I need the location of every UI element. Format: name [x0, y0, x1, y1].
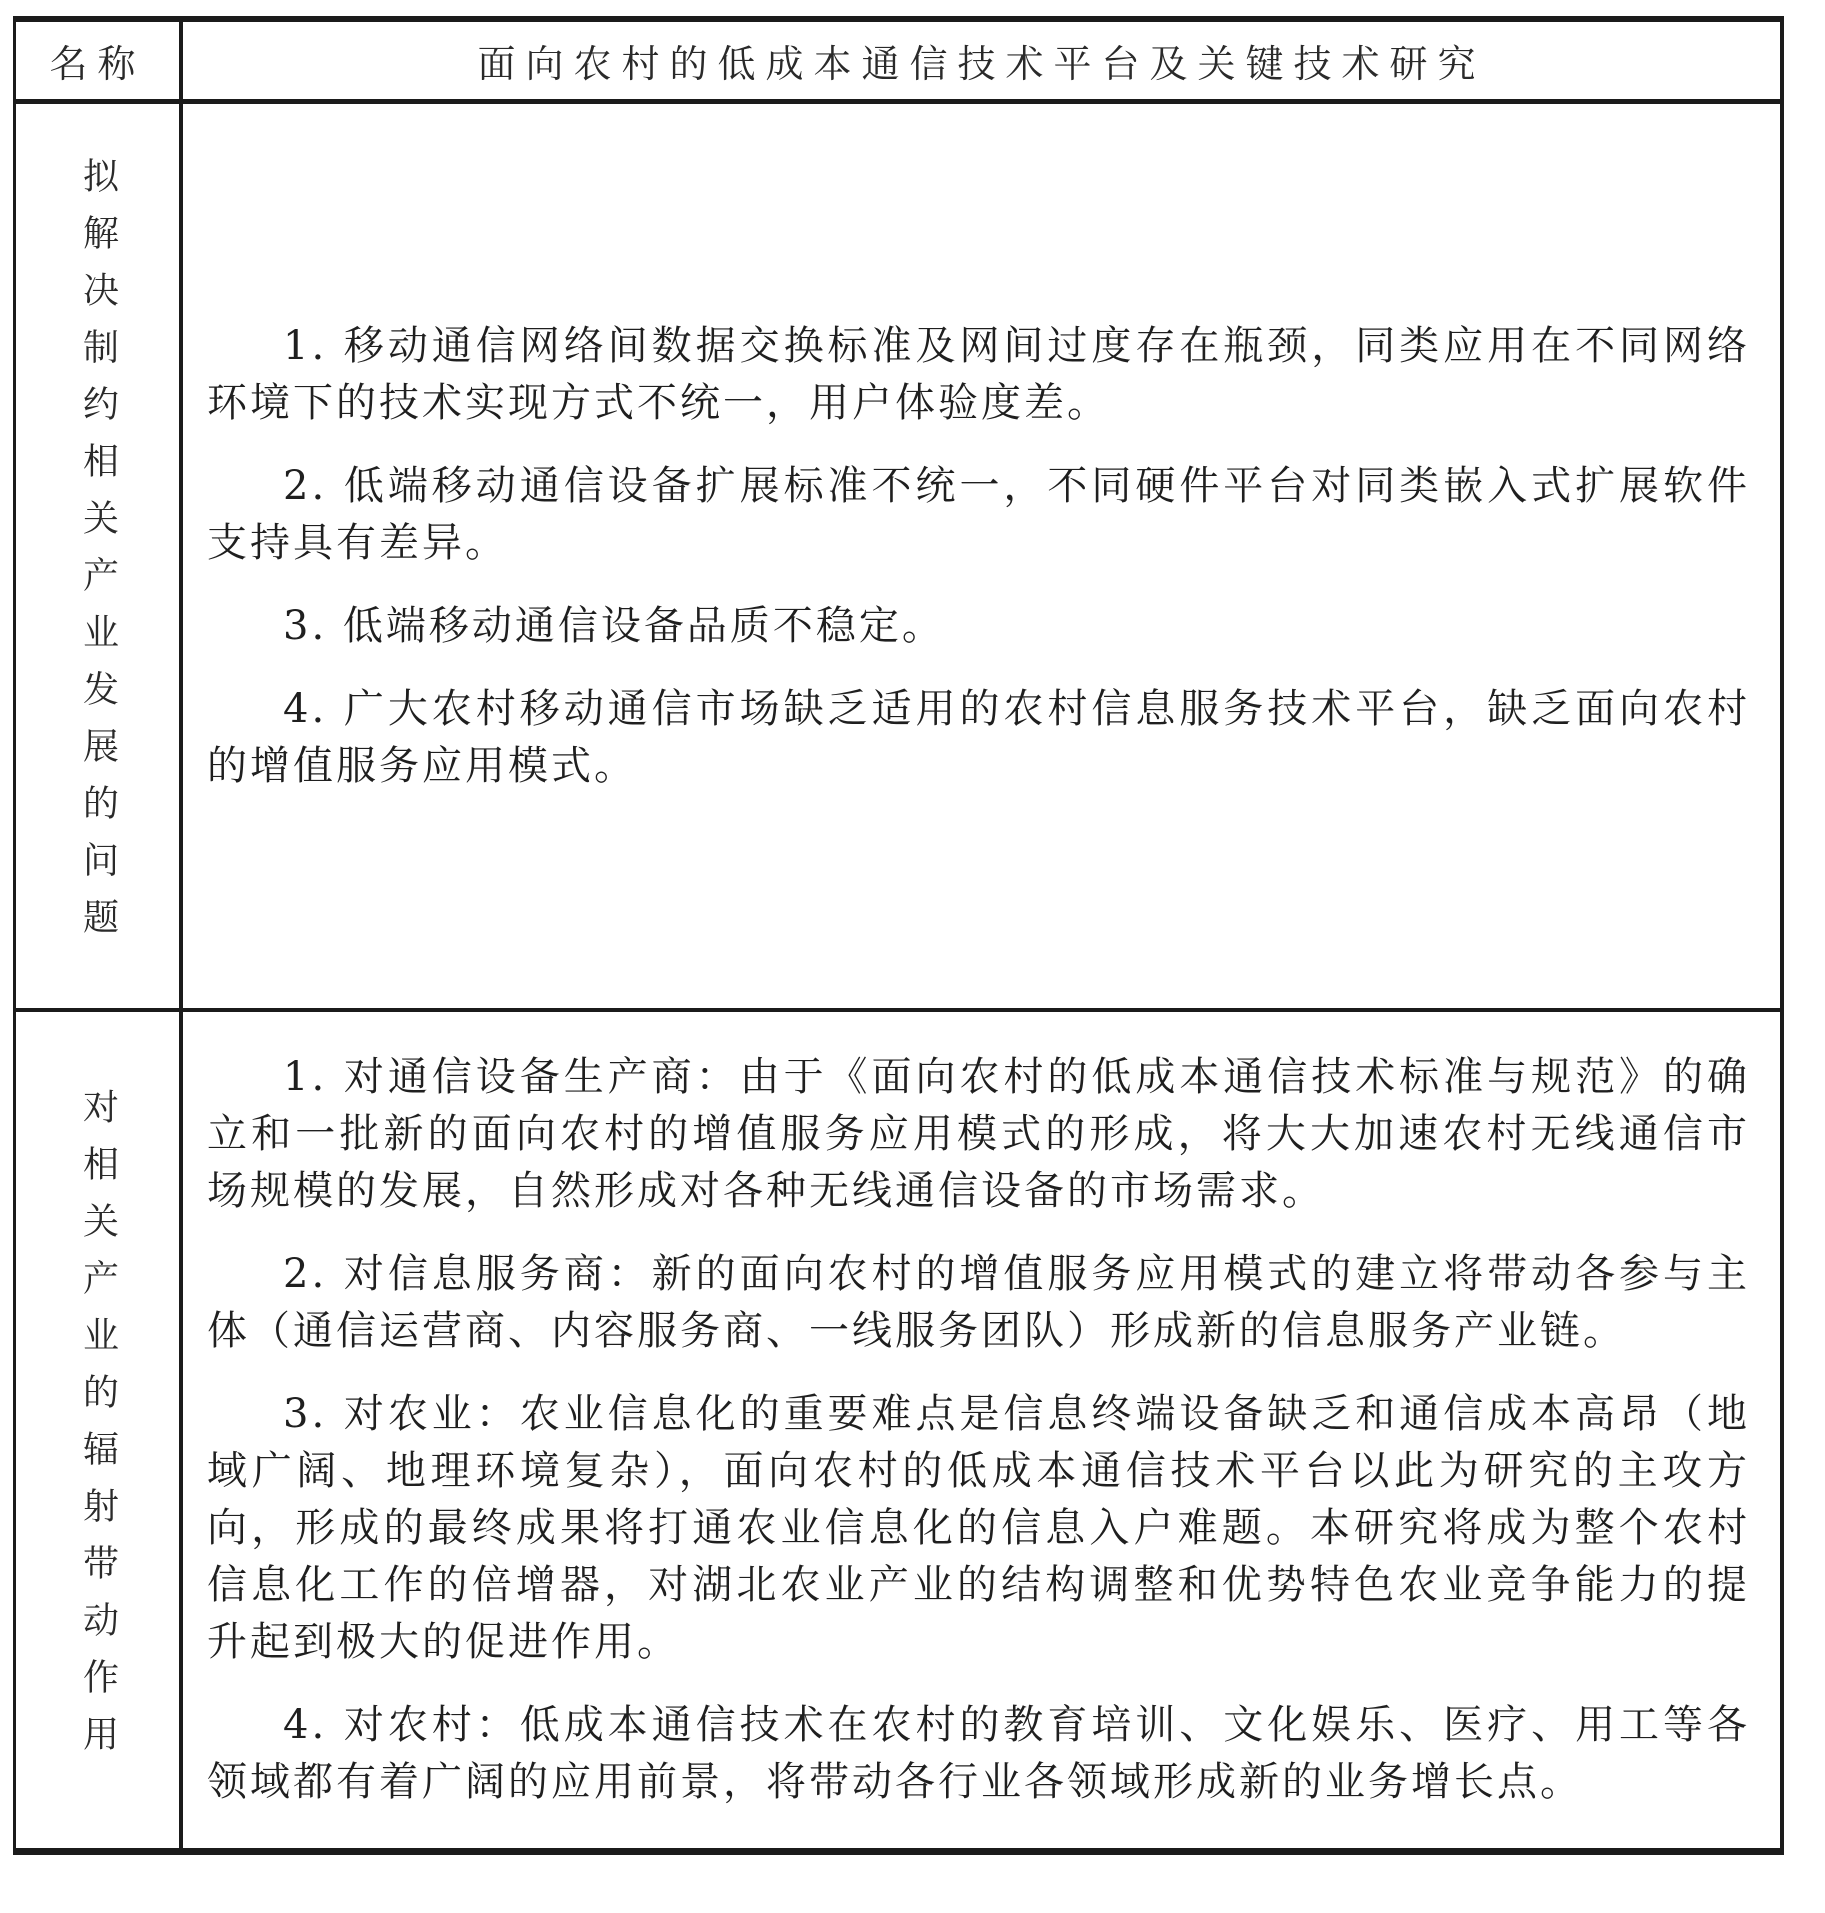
problems-content-cell: 1. 移动通信网络间数据交换标准及网间过度存在瓶颈，同类应用在不同网络环境下的技…: [183, 104, 1780, 1012]
impact-label-cell: 对相关产业的辐射带动作用: [16, 1012, 183, 1848]
impact-item-3: 3. 对农业：农业信息化的重要难点是信息终端设备缺乏和通信成本高昂（地域广阔、地…: [207, 1386, 1750, 1671]
impact-item-1: 1. 对通信设备生产商：由于《面向农村的低成本通信技术标准与规范》的确立和一批新…: [207, 1049, 1750, 1220]
impact-label: 对相关产业的辐射带动作用: [80, 1088, 116, 1772]
project-title: 面向农村的低成本通信技术平台及关键技术研究: [477, 33, 1485, 88]
problem-item-4: 4. 广大农村移动通信市场缺乏适用的农村信息服务技术平台，缺乏面向农村的增值服务…: [207, 681, 1750, 795]
name-label-cell: 名称: [16, 22, 183, 104]
problems-label-cell: 拟解决制约相关产业发展的问题: [16, 104, 183, 1012]
problem-item-2: 2. 低端移动通信设备扩展标准不统一，不同硬件平台对同类嵌入式扩展软件支持具有差…: [207, 458, 1750, 572]
problems-label: 拟解决制约相关产业发展的问题: [80, 157, 116, 955]
problem-item-3: 3. 低端移动通信设备品质不稳定。: [207, 598, 1750, 655]
project-info-table: 名称 面向农村的低成本通信技术平台及关键技术研究 拟解决制约相关产业发展的问题 …: [13, 16, 1784, 1855]
impact-content-cell: 1. 对通信设备生产商：由于《面向农村的低成本通信技术标准与规范》的确立和一批新…: [183, 1012, 1780, 1848]
impact-item-2: 2. 对信息服务商：新的面向农村的增值服务应用模式的建立将带动各参与主体（通信运…: [207, 1246, 1750, 1360]
impact-item-4: 4. 对农村：低成本通信技术在农村的教育培训、文化娱乐、医疗、用工等各领域都有着…: [207, 1697, 1750, 1811]
name-label: 名称: [49, 33, 145, 88]
problem-item-1: 1. 移动通信网络间数据交换标准及网间过度存在瓶颈，同类应用在不同网络环境下的技…: [207, 318, 1750, 432]
project-title-cell: 面向农村的低成本通信技术平台及关键技术研究: [183, 22, 1780, 104]
document-page: 名称 面向农村的低成本通信技术平台及关键技术研究 拟解决制约相关产业发展的问题 …: [0, 0, 1825, 1913]
